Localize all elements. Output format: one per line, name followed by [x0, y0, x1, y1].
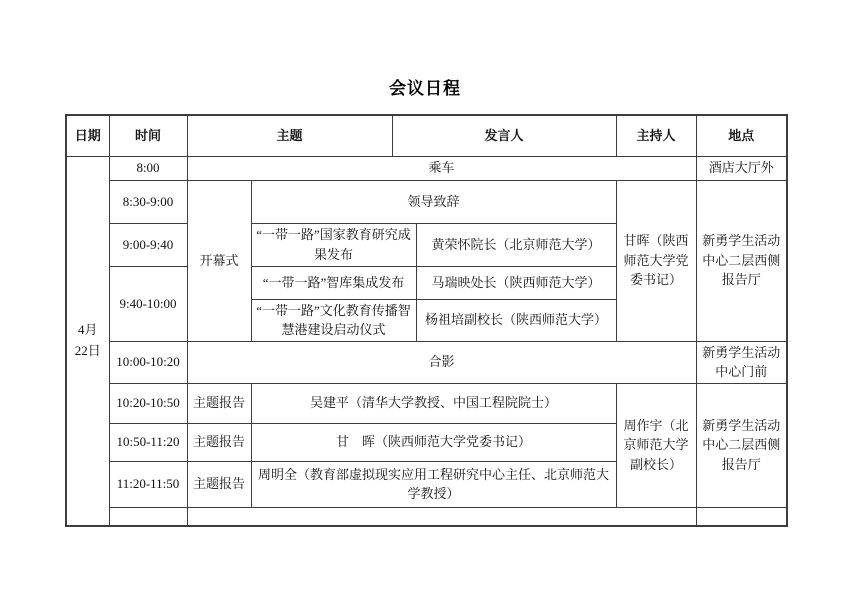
time-cell: 10:20-10:50	[109, 383, 187, 423]
header-cell-time: 时间	[109, 115, 187, 156]
location-cell-empty	[696, 507, 787, 526]
time-cell: 9:00-9:40	[109, 223, 187, 266]
activity-cell: 合影	[187, 341, 696, 383]
time-cell-empty	[109, 507, 187, 526]
row-keynote-1: 10:20-10:50 主题报告 吴建平（清华大学教授、中国工程院院士） 周作宇…	[66, 383, 787, 423]
time-cell: 9:40-10:00	[109, 266, 187, 341]
row-bus: 4月 22日 8:00 乘车 酒店大厅外	[66, 156, 787, 180]
time-cell: 10:50-11:20	[109, 423, 187, 461]
activity-cell: 乘车	[187, 156, 696, 180]
page-title: 会议日程	[0, 74, 850, 99]
session-cell: 主题报告	[187, 383, 251, 423]
host-cell: 周作宇（北京师范大学副校长）	[616, 383, 696, 507]
topic-cell: “一带一路”国家教育研究成果发布	[251, 223, 416, 266]
speaker-cell: 吴建平（清华大学教授、中国工程院院士）	[251, 383, 616, 423]
session-cell: 主题报告	[187, 423, 251, 461]
activity-cell-empty	[187, 507, 696, 526]
row-empty	[66, 507, 787, 526]
header-cell-host: 主持人	[616, 115, 696, 156]
location-cell: 新勇学生活动中心二层西侧报告厅	[696, 383, 787, 507]
header-cell-location: 地点	[696, 115, 787, 156]
speaker-cell: 马瑞映处长（陕西师范大学）	[416, 266, 616, 299]
location-cell: 新勇学生活动中心二层西侧报告厅	[696, 180, 787, 341]
speaker-cell: 杨祖培副校长（陕西师范大学）	[416, 299, 616, 341]
time-cell: 8:00	[109, 156, 187, 180]
schedule-table: 日期 时间 主题 发言人 主持人 地点 4月 22日 8:00 乘车 酒店大厅外…	[65, 114, 788, 527]
speaker-cell: 周明全（教育部虚拟现实应用工程研究中心主任、北京师范大学教授）	[251, 461, 616, 507]
date-line-2: 22日	[70, 341, 106, 362]
host-cell: 甘晖（陕西师范大学党委书记）	[616, 180, 696, 341]
topic-cell: “一带一路”智库集成发布	[251, 266, 416, 299]
time-cell: 8:30-9:00	[109, 180, 187, 223]
topic-cell: “一带一路”文化教育传播智慧港建设启动仪式	[251, 299, 416, 341]
header-row: 日期 时间 主题 发言人 主持人 地点	[66, 115, 787, 156]
topic-cell: 领导致辞	[251, 180, 616, 223]
date-line-1: 4月	[70, 320, 106, 341]
session-cell: 开幕式	[187, 180, 251, 341]
location-cell: 酒店大厅外	[696, 156, 787, 180]
row-photo: 10:00-10:20 合影 新勇学生活动中心门前	[66, 341, 787, 383]
location-cell: 新勇学生活动中心门前	[696, 341, 787, 383]
header-cell-topic: 主题	[187, 115, 392, 156]
speaker-cell: 黄荣怀院长（北京师范大学）	[416, 223, 616, 266]
session-cell: 主题报告	[187, 461, 251, 507]
row-opening-speech: 8:30-9:00 开幕式 领导致辞 甘晖（陕西师范大学党委书记） 新勇学生活动…	[66, 180, 787, 223]
time-cell: 10:00-10:20	[109, 341, 187, 383]
header-cell-date: 日期	[66, 115, 109, 156]
date-cell: 4月 22日	[66, 156, 109, 526]
time-cell: 11:20-11:50	[109, 461, 187, 507]
speaker-cell: 甘 晖（陕西师范大学党委书记）	[251, 423, 616, 461]
header-cell-speaker: 发言人	[392, 115, 616, 156]
